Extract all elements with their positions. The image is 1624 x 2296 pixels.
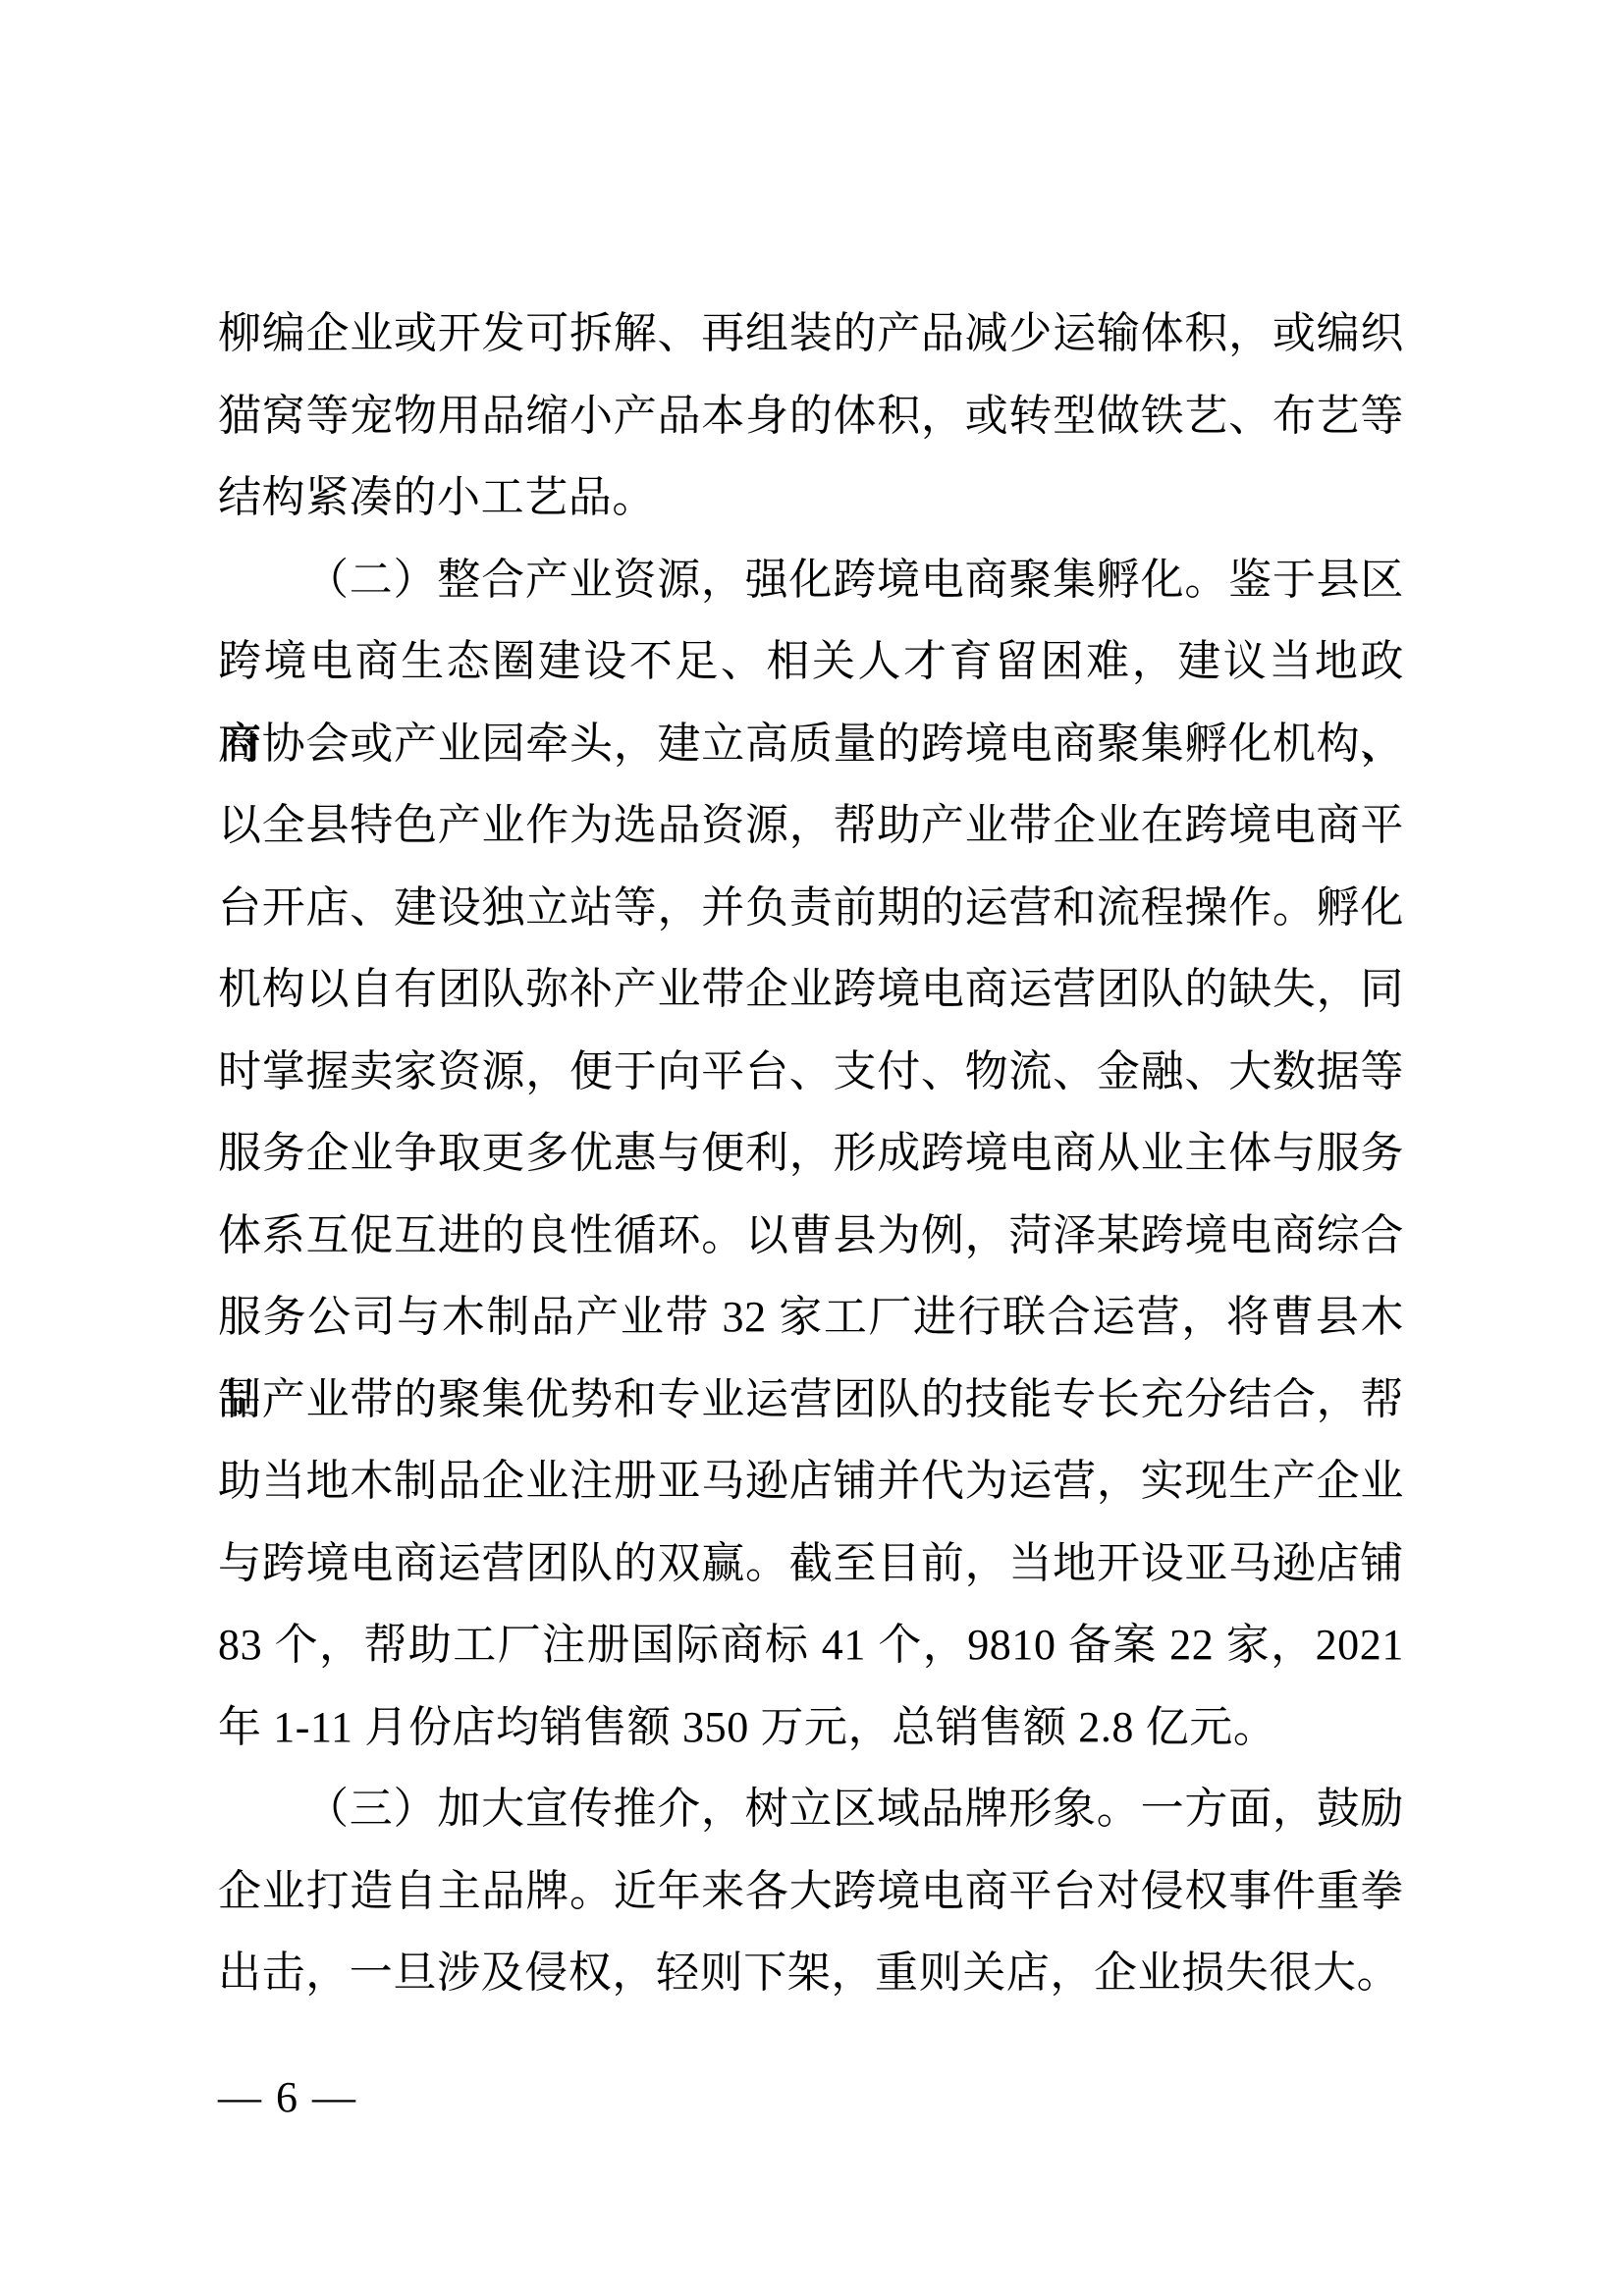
text-line: 以全县特色产业作为选品资源，帮助产业带企业在跨境电商平 [218, 784, 1404, 867]
page-footer: — 6 — [218, 2067, 357, 2128]
text-line: 与跨境电商运营团队的双赢。截至目前，当地开设亚马逊店铺 [218, 1522, 1404, 1605]
text-line: 商协会或产业园牵头，建立高质量的跨境电商聚集孵化机构， [218, 703, 1404, 785]
text-line: 服务企业争取更多优惠与便利，形成跨境电商从业主体与服务 [218, 1112, 1404, 1195]
text-line: 猫窝等宠物用品缩小产品本身的体积，或转型做铁艺、布艺等 [218, 375, 1404, 457]
text-line: 83 个，帮助工厂注册国际商标 41 个，9810 备案 22 家，2021 [218, 1604, 1404, 1686]
text-line: 企业打造自主品牌。近年来各大跨境电商平台对侵权事件重拳 [218, 1850, 1404, 1933]
text-line: 助当地木制品企业注册亚马逊店铺并代为运营，实现生产企业 [218, 1440, 1404, 1522]
text-line: 时掌握卖家资源，便于向平台、支付、物流、金融、大数据等 [218, 1031, 1404, 1113]
text-line: 柳编企业或开发可拆解、再组装的产品减少运输体积，或编织 [218, 293, 1404, 375]
text-line: （三）加大宣传推介，树立区域品牌形象。一方面，鼓励 [218, 1768, 1404, 1850]
document-body: 柳编企业或开发可拆解、再组装的产品减少运输体积，或编织 猫窝等宠物用品缩小产品本… [218, 293, 1404, 2014]
text-line: 出击，一旦涉及侵权，轻则下架，重则关店，企业损失很大。 [218, 1932, 1404, 2014]
text-line: 结构紧凑的小工艺品。 [218, 456, 1404, 539]
text-line: （二）整合产业资源，强化跨境电商聚集孵化。鉴于县区 [218, 539, 1404, 621]
text-line: 服务公司与木制品产业带 32 家工厂进行联合运营，将曹县木制 [218, 1276, 1404, 1359]
text-line: 机构以自有团队弥补产业带企业跨境电商运营团队的缺失，同 [218, 948, 1404, 1031]
page-number: — 6 — [218, 2073, 357, 2121]
text-line: 台开店、建设独立站等，并负责前期的运营和流程操作。孵化 [218, 867, 1404, 949]
text-line: 跨境电商生态圈建设不足、相关人才育留困难，建议当地政府、 [218, 620, 1404, 703]
text-line: 体系互促互进的良性循环。以曹县为例，菏泽某跨境电商综合 [218, 1195, 1404, 1277]
text-line: 年 1-11 月份店均销售额 350 万元，总销售额 2.8 亿元。 [218, 1686, 1404, 1769]
text-line: 品产业带的聚集优势和专业运营团队的技能专长充分结合，帮 [218, 1359, 1404, 1441]
document-page: 柳编企业或开发可拆解、再组装的产品减少运输体积，或编织 猫窝等宠物用品缩小产品本… [0, 0, 1624, 2296]
